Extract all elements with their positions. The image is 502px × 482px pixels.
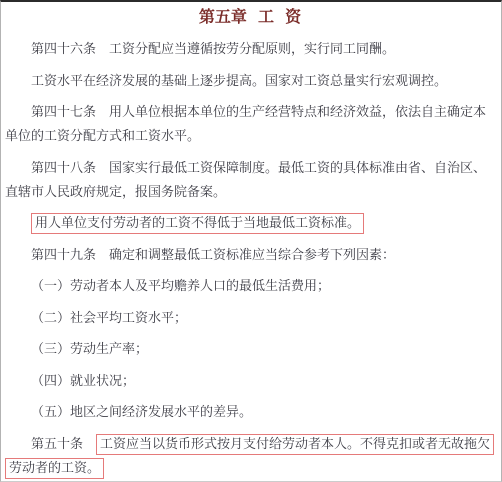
- paragraph-text: （四）就业状况；: [31, 374, 135, 389]
- law-paragraph: （一）劳动者本人及平均赡养人口的最低生活费用；: [5, 275, 495, 299]
- law-paragraph: 第四十七条 用人单位根据本单位的生产经营特点和经济效益，依法自主确定本单位的工资…: [5, 101, 495, 149]
- article-number: 第五十条: [31, 437, 96, 452]
- paragraph-text: （二）社会平均工资水平；: [31, 311, 187, 326]
- chapter-title: 第五章 工 资: [5, 6, 495, 28]
- paragraph-text: 第四十八条 国家实行最低工资保障制度。最低工资的具体标准由省、自治区、直辖市人民…: [5, 161, 486, 200]
- paragraph-text: 第四十六条 工资分配应当遵循按劳分配原则，实行同工同酬。: [31, 42, 395, 57]
- highlight-box: 用人单位支付劳动者的工资不得低于当地最低工资标准。: [31, 213, 364, 234]
- paragraph-text: （一）劳动者本人及平均赡养人口的最低生活费用；: [31, 279, 330, 294]
- law-paragraph: 工资水平在经济发展的基础上逐步提高。国家对工资总量实行宏观调控。: [5, 70, 495, 94]
- law-paragraph: （三）劳动生产率；: [5, 338, 495, 362]
- law-paragraph: （四）就业状况；: [5, 370, 495, 394]
- paragraph-text: （三）劳动生产率；: [31, 342, 148, 357]
- law-paragraph: （五）地区之间经济发展水平的差异。: [5, 401, 495, 425]
- paragraph-text: 第四十九条 确定和调整最低工资标准应当综合参考下列因素：: [31, 248, 395, 263]
- law-paragraph: （二）社会平均工资水平；: [5, 307, 495, 331]
- law-paragraph: 第四十六条 工资分配应当遵循按劳分配原则，实行同工同酬。: [5, 38, 495, 62]
- law-paragraph: 用人单位支付劳动者的工资不得低于当地最低工资标准。: [5, 212, 495, 236]
- paragraph-text: 第四十七条 用人单位根据本单位的生产经营特点和经济效益，依法自主确定本单位的工资…: [5, 105, 486, 144]
- law-paragraph: 第五十条 工资应当以货币形式按月支付给劳动者本人。不得克扣或者无故拖欠劳动者的工…: [5, 433, 495, 481]
- law-paragraph: 第四十九条 确定和调整最低工资标准应当综合参考下列因素：: [5, 244, 495, 268]
- law-paragraph: 第四十八条 国家实行最低工资保障制度。最低工资的具体标准由省、自治区、直辖市人民…: [5, 157, 495, 205]
- law-document-page: 第五章 工 资 第四十六条 工资分配应当遵循按劳分配原则，实行同工同酬。工资水平…: [0, 0, 502, 482]
- law-text: 第四十六条 工资分配应当遵循按劳分配原则，实行同工同酬。工资水平在经济发展的基础…: [5, 38, 495, 481]
- paragraph-text: 工资水平在经济发展的基础上逐步提高。国家对工资总量实行宏观调控。: [31, 74, 447, 89]
- paragraph-text: （五）地区之间经济发展水平的差异。: [31, 405, 252, 420]
